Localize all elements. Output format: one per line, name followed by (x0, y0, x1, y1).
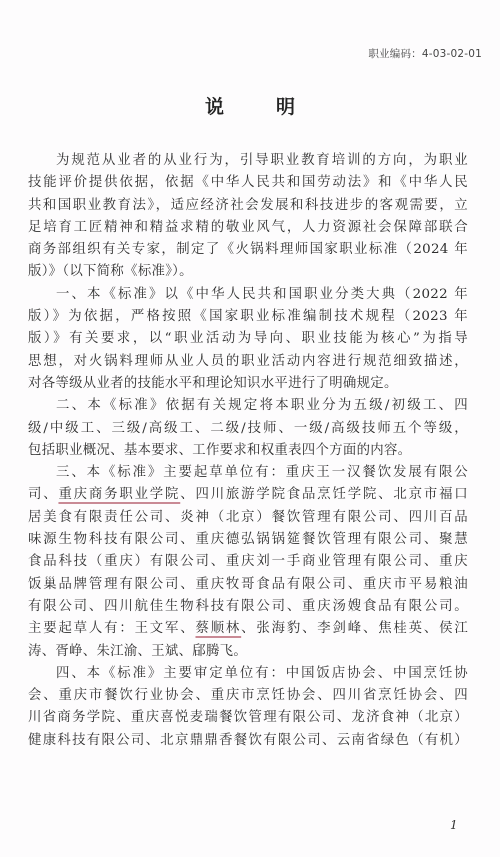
text-line: 共和国职业教育法》，适应经济社会发展和科技进步的客观需要，立 (28, 195, 468, 217)
text-line: 食品科技（重庆）有限公司、重庆刘一手商业管理有限公司、重庆 (28, 551, 468, 573)
text-line: 对各等级从业者的技能水平和理论知识水平进行了明确规定。 (28, 373, 468, 395)
text-line: 会、重庆市餐饮行业协会、重庆市烹饪协会、四川省烹饪协会、四 (28, 685, 468, 707)
text-line: 技能评价提供依据，依据《中华人民共和国劳动法》和《中华人民 (28, 172, 468, 194)
highlighted-person: 蔡顺林 (195, 621, 241, 636)
text-line: 版）》有关要求，以“职业活动为导向、职业技能为核心”为指导 (28, 328, 468, 350)
text-line: 川省商务学院、重庆喜悦麦瑞餐饮管理有限公司、龙济食神（北京） (28, 707, 468, 729)
text-line: 为规范从业者的从业行为，引导职业教育培训的方向，为职业 (28, 150, 468, 172)
text-line: 包括职业概况、基本要求、工作要求和权重表四个方面的内容。 (28, 440, 468, 462)
title-char-2: 明 (276, 96, 295, 118)
text-segment: 主要起草人有：王文军、 (28, 621, 195, 636)
text-line: 商务部组织有关专家，制定了《火锅料理师国家职业标准（2024 年 (28, 239, 468, 261)
document-page: 职业编码：4-03-02-01 说明 为规范从业者的从业行为，引导职业教育培训的… (0, 0, 500, 857)
text-line: 版）》为依据，严格按照《国家职业标准编制技术规程（2023 年 (28, 306, 468, 328)
page-number: 1 (450, 818, 458, 832)
text-segment: 、张海豹、李剑峰、焦桂英、侯江 (241, 621, 468, 636)
text-segment: 司、 (28, 487, 58, 502)
text-line: 思想，对火锅料理师从业人员的职业活动内容进行规范细致描述， (28, 351, 468, 373)
text-line: 四、本《标准》主要审定单位有：中国饭店协会、中国烹饪协 (28, 663, 468, 685)
text-line: 居美食有限责任公司、炎神（北京）餐饮管理有限公司、四川百品 (28, 507, 468, 529)
text-line: 涛、胥峥、朱江渝、王斌、郈腾飞。 (28, 641, 468, 663)
occupation-code: 职业编码：4-03-02-01 (368, 46, 482, 61)
text-line: 版）》（以下简称《标准》）。 (28, 261, 468, 283)
text-line: 有限公司、四川航佳生物科技有限公司、重庆汤嫂食品有限公司。 (28, 596, 468, 618)
text-line: 健康科技有限公司、北京鼎鼎香餐饮有限公司、云南省绿色（有机） (28, 730, 468, 752)
text-line: 三、本《标准》主要起草单位有：重庆王一汉餐饮发展有限公 (28, 462, 468, 484)
highlighted-institution: 重庆商务职业学院 (58, 487, 180, 502)
text-line: 饭巢品牌管理有限公司、重庆牧哥食品有限公司、重庆市平易粮油 (28, 574, 468, 596)
text-line: 司、重庆商务职业学院、四川旅游学院食品烹饪学院、北京市福口 (28, 484, 468, 506)
title-char-1: 说 (205, 96, 224, 118)
text-segment: 、四川旅游学院食品烹饪学院、北京市福口 (180, 487, 468, 502)
text-line: 一、本《标准》以《中华人民共和国职业分类大典（2022 年 (28, 284, 468, 306)
text-line: 二、本《标准》依据有关规定将本职业分为五级/初级工、四 (28, 395, 468, 417)
document-body: 为规范从业者的从业行为，引导职业教育培训的方向，为职业 技能评价提供依据，依据《… (28, 150, 468, 752)
text-line: 级/中级工、三级/高级工、二级/技师、一级/高级技师五个等级， (28, 418, 468, 440)
text-line: 足培育工匠精神和精益求精的敬业风气，人力资源社会保障部联合 (28, 217, 468, 239)
page-title: 说明 (0, 92, 500, 119)
text-line: 主要起草人有：王文军、蔡顺林、张海豹、李剑峰、焦桂英、侯江 (28, 618, 468, 640)
text-line: 味源生物科技有限公司、重庆德弘锅锅筵餐饮管理有限公司、聚慧 (28, 529, 468, 551)
